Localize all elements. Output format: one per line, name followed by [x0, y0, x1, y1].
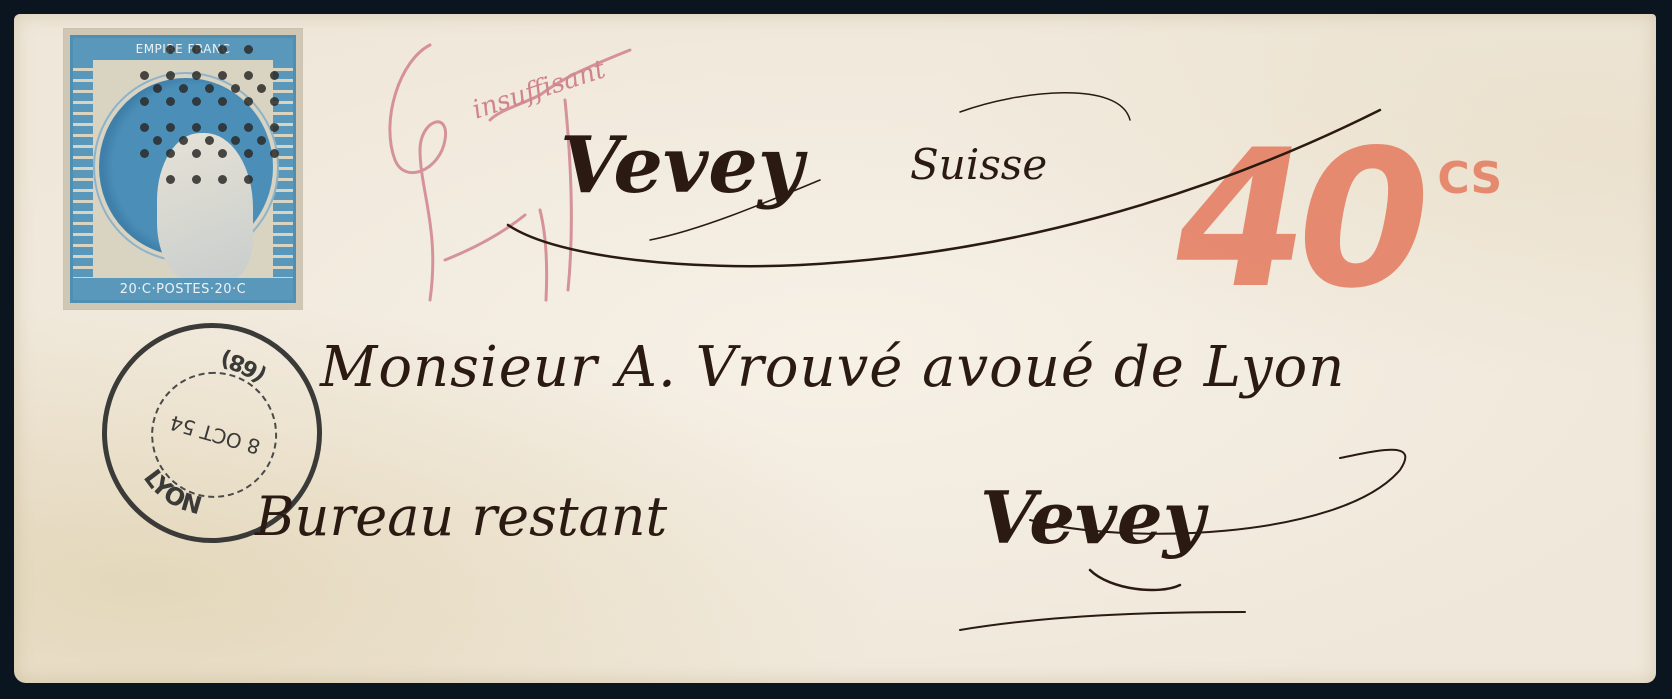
- destination-city: Vevey: [560, 120, 803, 211]
- addressee-line: Monsieur A. Vrouvé avoué de Lyon: [320, 335, 1345, 400]
- poste-restante-line: Bureau restant: [255, 485, 667, 548]
- destination-country: Suisse: [910, 140, 1047, 189]
- destination-city-repeat: Vevey: [980, 475, 1205, 560]
